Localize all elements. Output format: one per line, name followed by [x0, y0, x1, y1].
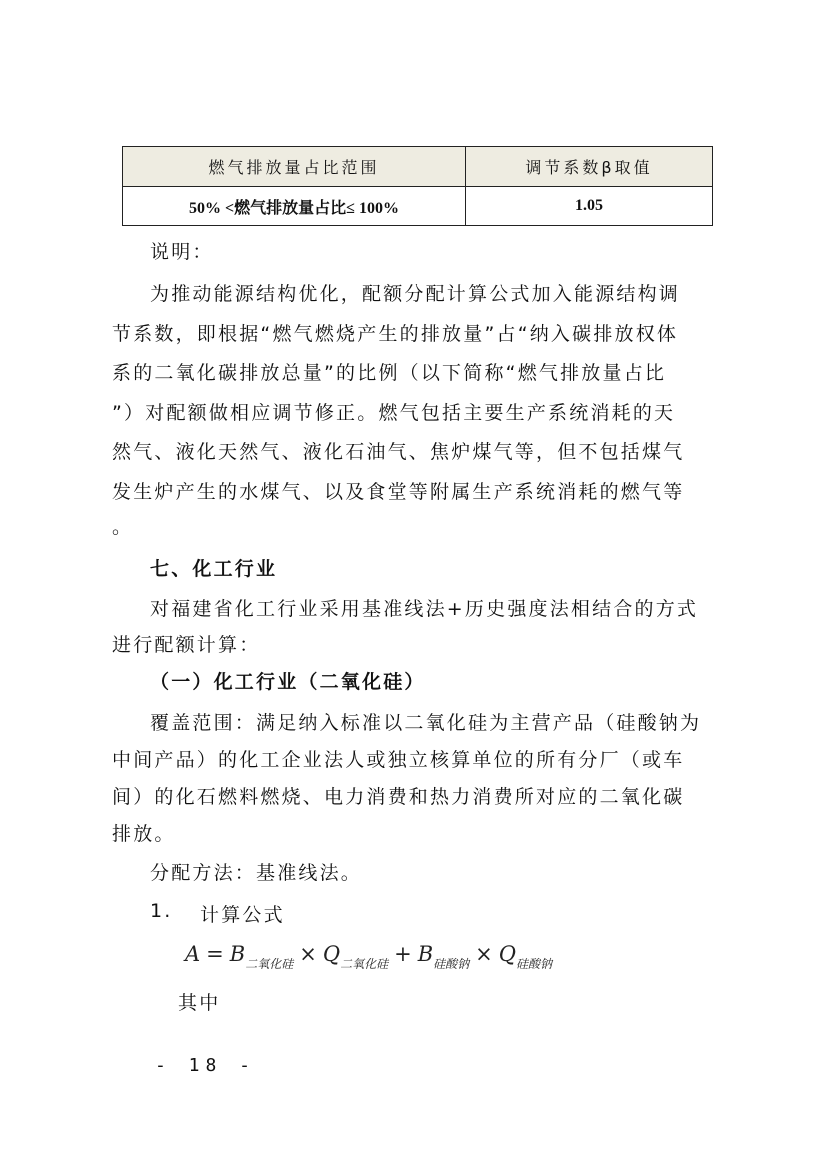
list-item-label: 计算公式: [200, 900, 285, 927]
table-header-cell: 调节系数β取值: [466, 147, 713, 187]
paragraph-line: 节系数，即根据“燃气燃烧产生的排放量”占“纳入碳排放权体: [112, 319, 678, 346]
table-header-cell: 燃气排放量占比范围: [123, 147, 466, 187]
allocation-formula: A=B二氧化硅×Q二氧化硅+B硅酸钠×Q硅酸钠: [185, 942, 552, 972]
note-label: 说明：: [150, 237, 214, 264]
list-item-number: 1.: [150, 900, 173, 922]
formula-term: B: [230, 942, 245, 966]
paragraph-line: ”）对配额做相应调节修正。燃气包括主要生产系统消耗的天: [112, 398, 675, 425]
formula-plus: +: [394, 942, 412, 966]
method-line: 分配方法：基准线法。: [150, 858, 362, 885]
paragraph-line: 发生炉产生的水煤气、以及食堂等附属生产系统消耗的燃气等: [112, 477, 684, 504]
section-heading: 七、化工行业: [150, 554, 277, 581]
where-label: 其中: [178, 988, 220, 1015]
subsection-heading: （一）化工行业（二氧化硅）: [150, 667, 426, 694]
table-row: 50% <燃气排放量占比≤ 100% 1.05: [123, 187, 713, 226]
paragraph-line: 间）的化石燃料燃烧、电力消费和热力消费所对应的二氧化碳: [112, 782, 684, 809]
formula-times: ×: [475, 942, 493, 966]
paragraph-line: 中间产品）的化工企业法人或独立核算单位的所有分厂（或车: [112, 745, 684, 772]
paragraph-line: 。: [112, 512, 133, 539]
paragraph-line: 对福建省化工行业采用基准线法+历史强度法相结合的方式: [150, 594, 698, 621]
formula-term: Q: [499, 942, 516, 966]
page-number: - 18 -: [155, 1055, 256, 1076]
formula-equals: =: [206, 942, 224, 966]
beta-coefficient-table: 燃气排放量占比范围 调节系数β取值 50% <燃气排放量占比≤ 100% 1.0…: [122, 146, 713, 226]
formula-subscript: 硅酸钠: [433, 957, 469, 971]
formula-times: ×: [299, 942, 317, 966]
formula-subscript: 二氧化硅: [245, 957, 293, 971]
paragraph-line: 排放。: [112, 819, 176, 846]
paragraph-line: 为推动能源结构优化，配额分配计算公式加入能源结构调: [150, 279, 680, 306]
table-cell: 50% <燃气排放量占比≤ 100%: [123, 187, 466, 226]
formula-lhs: A: [185, 942, 200, 966]
paragraph-line: 覆盖范围：满足纳入标准以二氧化硅为主营产品（硅酸钠为: [150, 708, 701, 735]
formula-term: B: [418, 942, 433, 966]
paragraph-line: 然气、液化天然气、液化石油气、焦炉煤气等，但不包括煤气: [112, 437, 684, 464]
formula-subscript: 二氧化硅: [340, 957, 388, 971]
formula-term: Q: [323, 942, 340, 966]
table-cell: 1.05: [466, 187, 713, 226]
formula-subscript: 硅酸钠: [516, 957, 552, 971]
table-header-row: 燃气排放量占比范围 调节系数β取值: [123, 147, 713, 187]
paragraph-line: 进行配额计算：: [112, 630, 260, 657]
paragraph-line: 系的二氧化碳排放总量”的比例（以下简称“燃气排放量占比: [112, 358, 666, 385]
